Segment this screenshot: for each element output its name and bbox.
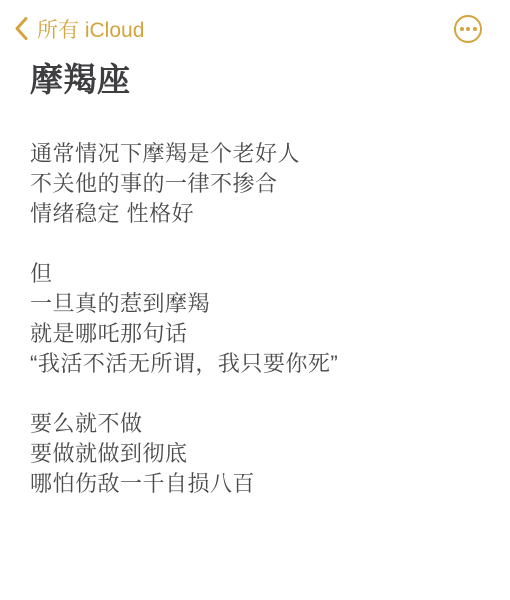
note-line[interactable]: 不关他的事的一律不掺合	[30, 169, 480, 199]
note-line[interactable]: 要做就做到彻底	[30, 439, 480, 469]
note-line[interactable]	[30, 229, 480, 259]
nav-bar: 所有 iCloud	[0, 0, 510, 44]
ellipsis-dot	[466, 27, 470, 31]
chevron-left-icon	[14, 16, 28, 41]
note-line[interactable]: 但	[30, 259, 480, 289]
note-title[interactable]: 摩羯座	[30, 61, 480, 99]
back-button-label: 所有 iCloud	[37, 14, 144, 44]
notes-app-page: 所有 iCloud 摩羯座 通常情况下摩羯是个老好人不关他的事的一律不掺合情绪稳…	[0, 0, 510, 600]
note-line[interactable]: 通常情况下摩羯是个老好人	[30, 139, 480, 169]
note-line[interactable]: 就是哪吒那句话	[30, 319, 480, 349]
ellipsis-dot	[473, 27, 477, 31]
back-button[interactable]: 所有 iCloud	[14, 14, 144, 44]
note-line[interactable]: 要么就不做	[30, 409, 480, 439]
note-line[interactable]: 情绪稳定 性格好	[30, 199, 480, 229]
more-options-button[interactable]	[454, 15, 482, 43]
note-line[interactable]: “我活不活无所谓，我只要你死”	[30, 349, 480, 379]
note-content[interactable]: 摩羯座 通常情况下摩羯是个老好人不关他的事的一律不掺合情绪稳定 性格好但一旦真的…	[0, 61, 510, 499]
note-body[interactable]: 通常情况下摩羯是个老好人不关他的事的一律不掺合情绪稳定 性格好但一旦真的惹到摩羯…	[30, 139, 480, 499]
note-line[interactable]: 哪怕伤敌一千自损八百	[30, 469, 480, 499]
note-line[interactable]	[30, 379, 480, 409]
ellipsis-dot	[460, 27, 464, 31]
note-line[interactable]: 一旦真的惹到摩羯	[30, 289, 480, 319]
